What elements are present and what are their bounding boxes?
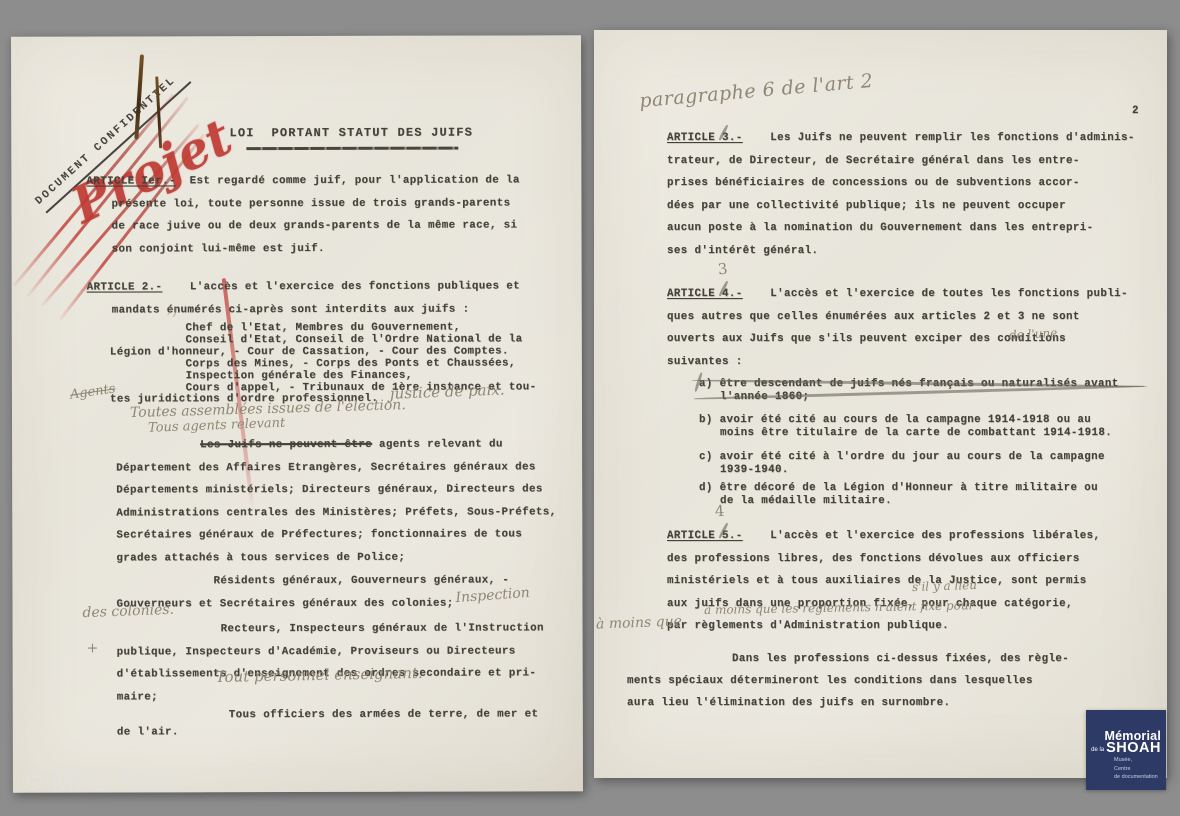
- article-5-body: L'accès et l'exercice des professions li…: [667, 530, 1100, 632]
- agents-paragraph-body: agents relevant du Département des Affai…: [116, 438, 556, 564]
- condition-item-b: b) avoir été cité au cours de la campagn…: [699, 414, 1172, 439]
- copyright-watermark: © MRJ-MOI: [22, 766, 174, 797]
- article-3-heading: ARTICLE 3.-: [667, 132, 743, 144]
- condition-item-d: d) être décoré de la Légion d'Honneur à …: [699, 482, 1172, 507]
- article-2-list: Chef de l'Etat, Membres du Gouvernement,…: [110, 322, 580, 407]
- document-title: LOI PORTANT STATUT DES JUIFS: [201, 121, 501, 144]
- article-4-heading: ARTICLE 4.-: [667, 288, 743, 300]
- condition-item-c: c) avoir été cité à l'ordre du jour au c…: [699, 451, 1172, 476]
- handwritten-tous-agents: Tous agents relevant: [148, 417, 286, 436]
- logo-documentation-text: de documentation: [1114, 774, 1161, 781]
- handwritten-sil-y-a-lieu: s'il y a lieu: [912, 579, 977, 594]
- article-2-heading: ARTICLE 2.-: [87, 281, 163, 293]
- margin-note-a-moins-que: à moins que: [596, 615, 682, 633]
- article-3-body: Les Juifs ne peuvent remplir les fonctio…: [667, 132, 1135, 257]
- logo-centre-text: Centre: [1114, 766, 1161, 773]
- article-5-heading: ARTICLE 5.-: [667, 530, 743, 542]
- handwritten-renumber-4: 4: [714, 504, 725, 520]
- document-page-1: DOCUMENT CONFIDENTIEL Projet LOI PORTANT…: [11, 35, 583, 792]
- article-2-agents-paragraph: Les Juifs ne peuvent être agents relevan…: [116, 433, 580, 569]
- logo-dela-text: de la: [1091, 747, 1104, 753]
- article-3: ARTICLE 3.- Les Juifs ne peuvent remplir…: [667, 127, 1161, 262]
- logo-shoah-text: SHOAH: [1106, 742, 1161, 755]
- page-number: 2: [1132, 100, 1139, 123]
- handwritten-de-l-une: de l'une: [1009, 327, 1058, 342]
- memorial-shoah-logo: Mémorial de la SHOAH Musée, Centre de do…: [1086, 710, 1166, 790]
- margin-cross-mark: +: [87, 642, 99, 657]
- article-2-intro: ARTICLE 2.- L'accès et l'exercice des fo…: [87, 275, 594, 321]
- article-5-paragraph-2: Dans les professions ci-dessus fixées, d…: [627, 648, 1147, 714]
- logo-shoah-row: de la SHOAH: [1086, 742, 1161, 755]
- article-2-officiers-paragraph: Tous officiers des armées de terre, de m…: [117, 706, 581, 741]
- pencil-mark: 7): [166, 306, 177, 318]
- article-4: ARTICLE 4.- L'accès et l'exercice de tou…: [667, 283, 1161, 373]
- title-underline: [246, 147, 458, 151]
- document-page-2: paragraphe 6 de l'art 2 2 ARTICLE 3.- Le…: [594, 30, 1167, 778]
- article-1-heading: ARTICLE Ier.-: [86, 175, 175, 187]
- handwritten-header-note: paragraphe 6 de l'art 2: [639, 72, 875, 112]
- logo-musee-text: Musée,: [1114, 757, 1161, 764]
- article-2-recteurs-paragraph: Recteurs, Inspecteurs généraux de l'Inst…: [117, 617, 581, 708]
- struck-text: Les Juifs ne peuvent être: [200, 439, 372, 451]
- handwritten-renumber-3: 3: [717, 262, 728, 279]
- article-1: ARTICLE Ier.- Est regardé comme juif, po…: [86, 169, 593, 260]
